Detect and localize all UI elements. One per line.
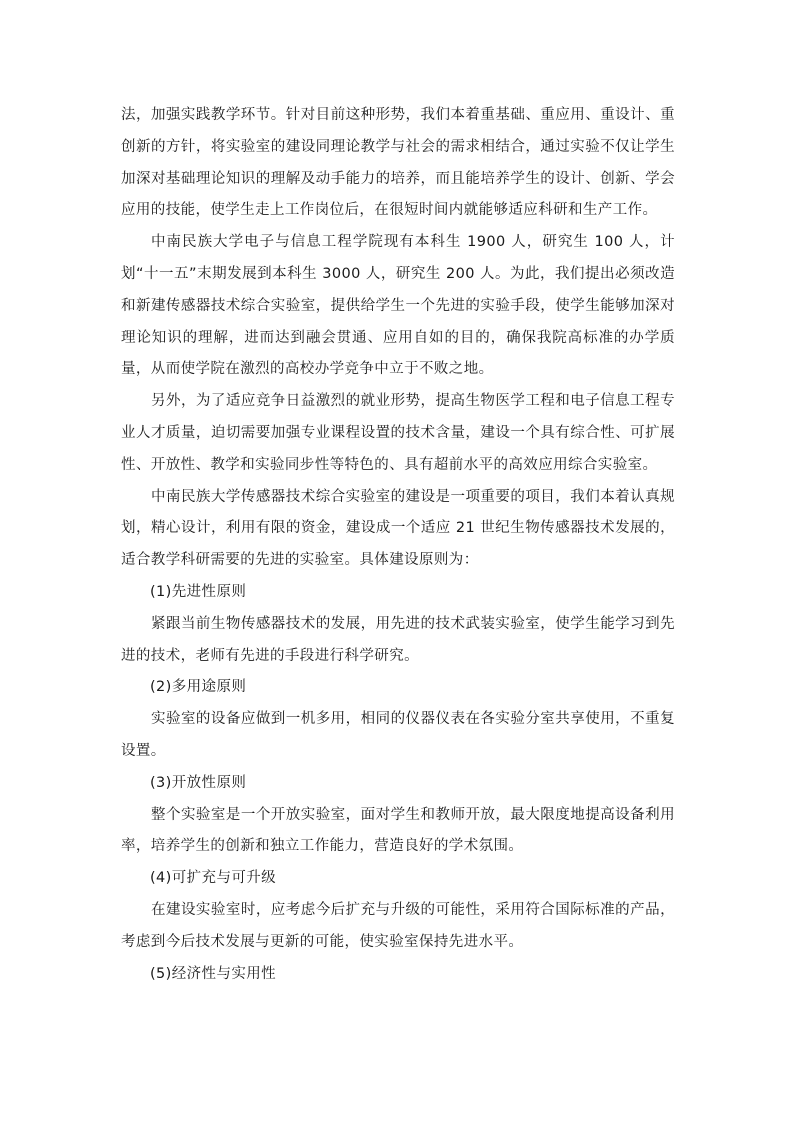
heading-principle-economy: (5)经济性与实用性 [121, 959, 675, 991]
paragraph-lab-construction: 中南民族大学传感器技术综合实验室的建设是一项重要的项目，我们本着认真规划，精心设… [121, 482, 675, 577]
paragraph-principle-advanced: 紧跟当前生物传感器技术的发展，用先进的技术武装实验室，使学生能学习到先进的技术，… [121, 609, 675, 673]
heading-principle-extensible: (4)可扩充与可升级 [121, 863, 675, 895]
paragraph-training-approach: 法，加强实践教学环节。针对目前这种形势，我们本着重基础、重应用、重设计、重创新的… [121, 100, 675, 227]
heading-principle-openness: (3)开放性原则 [121, 768, 675, 800]
paragraph-principle-multipurpose: 实验室的设备应做到一机多用，相同的仪器仪表在各实验分室共享使用，不重复设置。 [121, 704, 675, 768]
paragraph-student-enrollment: 中南民族大学电子与信息工程学院现有本科生 1900 人，研究生 100 人，计划… [121, 227, 675, 386]
paragraph-employment-situation: 另外，为了适应竞争日益激烈的就业形势，提高生物医学工程和电子信息工程专业人才质量… [121, 386, 675, 481]
paragraph-principle-openness: 整个实验室是一个开放实验室，面对学生和教师开放，最大限度地提高设备利用率，培养学… [121, 800, 675, 864]
document-page: 法，加强实践教学环节。针对目前这种形势，我们本着重基础、重应用、重设计、重创新的… [121, 100, 675, 990]
heading-principle-multipurpose: (2)多用途原则 [121, 672, 675, 704]
heading-principle-advanced: (1)先进性原则 [121, 577, 675, 609]
paragraph-principle-extensible: 在建设实验室时，应考虑今后扩充与升级的可能性，采用符合国际标准的产品，考虑到今后… [121, 895, 675, 959]
